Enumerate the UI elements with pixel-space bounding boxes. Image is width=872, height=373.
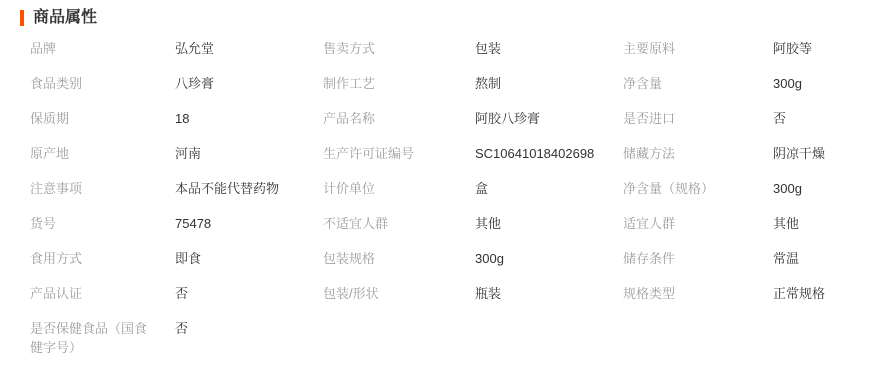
attribute-label: 制作工艺 [323,66,475,101]
attribute-row: 是否保健食品（国食健字号）否 [30,311,872,365]
attribute-label: 食品类别 [30,66,175,101]
attribute-label: 包装规格 [323,241,475,276]
attribute-label: 产品名称 [323,101,475,136]
attribute-label: 售卖方式 [323,31,475,66]
attribute-value: 阴凉干燥 [773,136,872,171]
attribute-label: 生产许可证编号 [323,136,475,171]
attribute-value [475,311,623,346]
section-header: 商品属性 [0,0,872,26]
attribute-row: 品牌弘允堂售卖方式包装主要原料阿胶等 [30,31,872,66]
attribute-row: 货号75478不适宜人群其他适宜人群其他 [30,206,872,241]
title-accent-bar [20,10,24,26]
attribute-label: 主要原料 [623,31,773,66]
attribute-label: 品牌 [30,31,175,66]
section-title: 商品属性 [33,10,97,26]
attribute-label: 产品认证 [30,276,175,311]
attribute-row: 原产地河南生产许可证编号SC10641018402698储藏方法阴凉干燥 [30,136,872,171]
attribute-label: 净含量 [623,66,773,101]
attribute-value: 河南 [175,136,323,171]
attribute-value: 阿胶等 [773,31,872,66]
attribute-value: 盒 [475,171,623,206]
attribute-value: 包装 [475,31,623,66]
attribute-label [323,311,475,346]
attribute-label: 不适宜人群 [323,206,475,241]
attribute-value: SC10641018402698 [475,136,623,171]
attribute-value: 即食 [175,241,323,276]
attribute-label: 是否进口 [623,101,773,136]
attribute-label: 计价单位 [323,171,475,206]
attribute-value: 正常规格 [773,276,872,311]
attribute-value: 八珍膏 [175,66,323,101]
attribute-label: 储藏方法 [623,136,773,171]
attribute-value: 75478 [175,206,323,241]
attribute-value [773,311,872,346]
attribute-value: 其他 [475,206,623,241]
attribute-label: 货号 [30,206,175,241]
attribute-value: 300g [773,171,872,206]
attribute-value: 300g [773,66,872,101]
attribute-label: 净含量（规格） [623,171,773,206]
attribute-label: 储存条件 [623,241,773,276]
attribute-value: 熬制 [475,66,623,101]
attribute-row: 食品类别八珍膏制作工艺熬制净含量300g [30,66,872,101]
attribute-value: 18 [175,101,323,136]
attribute-value: 阿胶八珍膏 [475,101,623,136]
attribute-value: 瓶装 [475,276,623,311]
attribute-value: 否 [773,101,872,136]
attribute-value: 其他 [773,206,872,241]
attribute-label: 保质期 [30,101,175,136]
attribute-label: 包装/形状 [323,276,475,311]
attribute-row: 食用方式即食包装规格300g储存条件常温 [30,241,872,276]
attribute-value: 否 [175,311,323,346]
attribute-value: 本品不能代替药物 [175,171,323,206]
attribute-label: 食用方式 [30,241,175,276]
attribute-value: 弘允堂 [175,31,323,66]
attribute-label [623,311,773,346]
attribute-row: 注意事项本品不能代替药物计价单位盒净含量（规格）300g [30,171,872,206]
attribute-label: 注意事项 [30,171,175,206]
attribute-value: 否 [175,276,323,311]
attribute-label: 原产地 [30,136,175,171]
attribute-label: 适宜人群 [623,206,773,241]
attribute-row: 保质期18产品名称阿胶八珍膏是否进口否 [30,101,872,136]
attribute-label: 规格类型 [623,276,773,311]
attribute-row: 产品认证否包装/形状瓶装规格类型正常规格 [30,276,872,311]
attributes-table: 品牌弘允堂售卖方式包装主要原料阿胶等食品类别八珍膏制作工艺熬制净含量300g保质… [0,26,872,365]
attribute-value: 300g [475,241,623,276]
attribute-value: 常温 [773,241,872,276]
attribute-label: 是否保健食品（国食健字号） [30,311,175,365]
product-attributes-panel: 商品属性 品牌弘允堂售卖方式包装主要原料阿胶等食品类别八珍膏制作工艺熬制净含量3… [0,0,872,373]
